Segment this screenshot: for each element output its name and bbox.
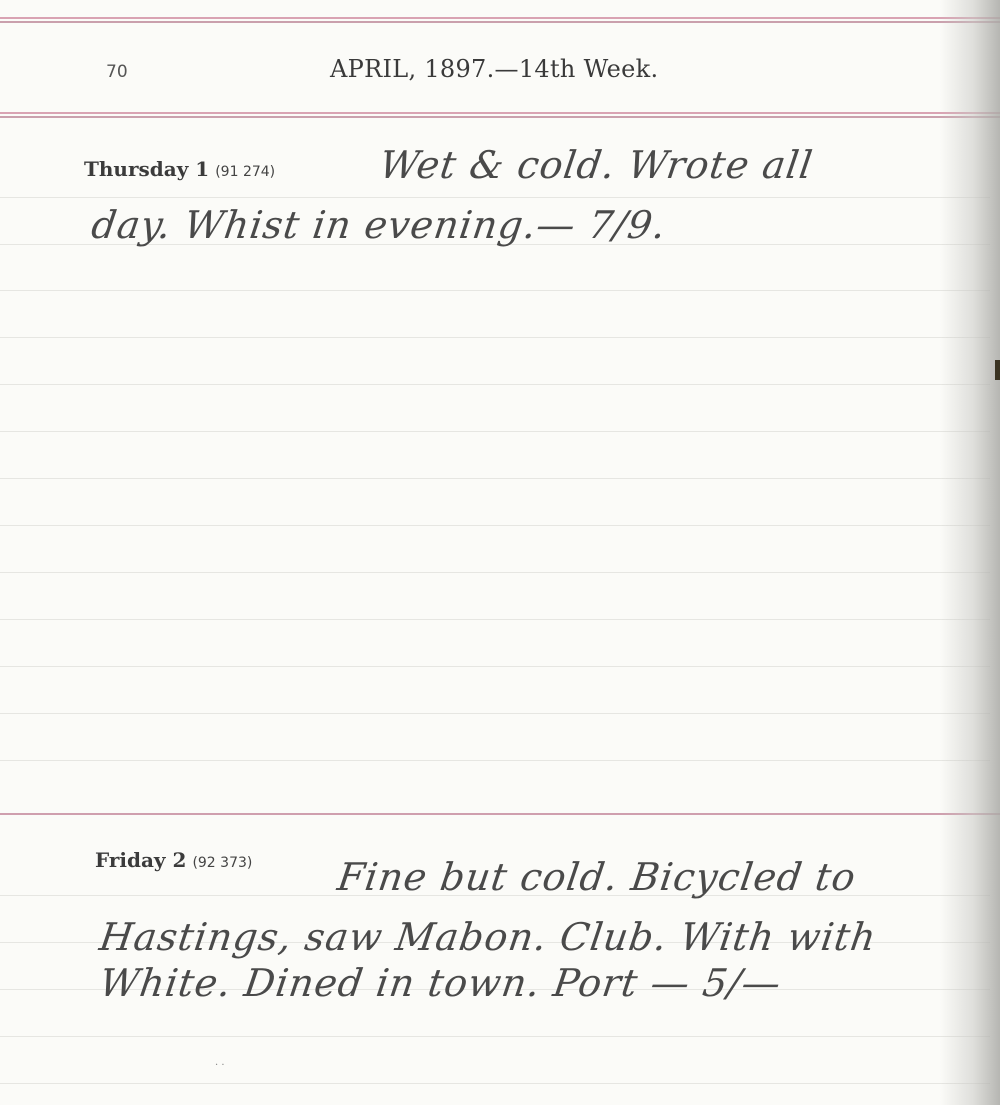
paper-specks: · · (215, 1060, 225, 1071)
ruled-line (0, 431, 990, 432)
ruled-line (0, 478, 990, 479)
binding-gutter-shadow (940, 0, 1000, 1105)
day-heading-thursday: Thursday 1(91 274) (84, 157, 275, 181)
handwritten-line: Wet & cold. Wrote all (376, 140, 816, 190)
diary-page: 70 APRIL, 1897.—14th Week. Thursday 1(91… (0, 0, 1000, 1105)
handwritten-line: day. Whist in evening.— 7/9. (88, 200, 669, 250)
ruled-line (0, 384, 990, 385)
ruled-line (0, 666, 990, 667)
ruled-line (0, 1036, 990, 1037)
ruled-line (0, 572, 990, 573)
day-divider (0, 813, 1000, 815)
day-count: (91 274) (215, 164, 275, 180)
header-top-rule (0, 17, 1000, 24)
page-title: APRIL, 1897.—14th Week. (330, 55, 658, 83)
ruled-line (0, 525, 990, 526)
handwritten-line: Fine but cold. Bicycled to (334, 852, 859, 902)
day-name: Thursday 1 (84, 157, 209, 181)
binding-mark (995, 360, 1000, 380)
ruled-line (0, 197, 990, 198)
day-count: (92 373) (192, 855, 252, 871)
ruled-line (0, 760, 990, 761)
day-name: Friday 2 (95, 848, 186, 872)
ruled-line (0, 713, 990, 714)
handwritten-line: Hastings, saw Mabon. Club. With with (96, 912, 879, 962)
handwritten-line: White. Dined in town. Port — 5/— (96, 958, 784, 1008)
page-number: 70 (106, 62, 128, 82)
ruled-line (0, 1083, 990, 1084)
ruled-line (0, 290, 990, 291)
ruled-line (0, 337, 990, 338)
day-heading-friday: Friday 2(92 373) (95, 848, 252, 872)
ruled-line (0, 619, 990, 620)
header-bottom-rule (0, 112, 1000, 119)
